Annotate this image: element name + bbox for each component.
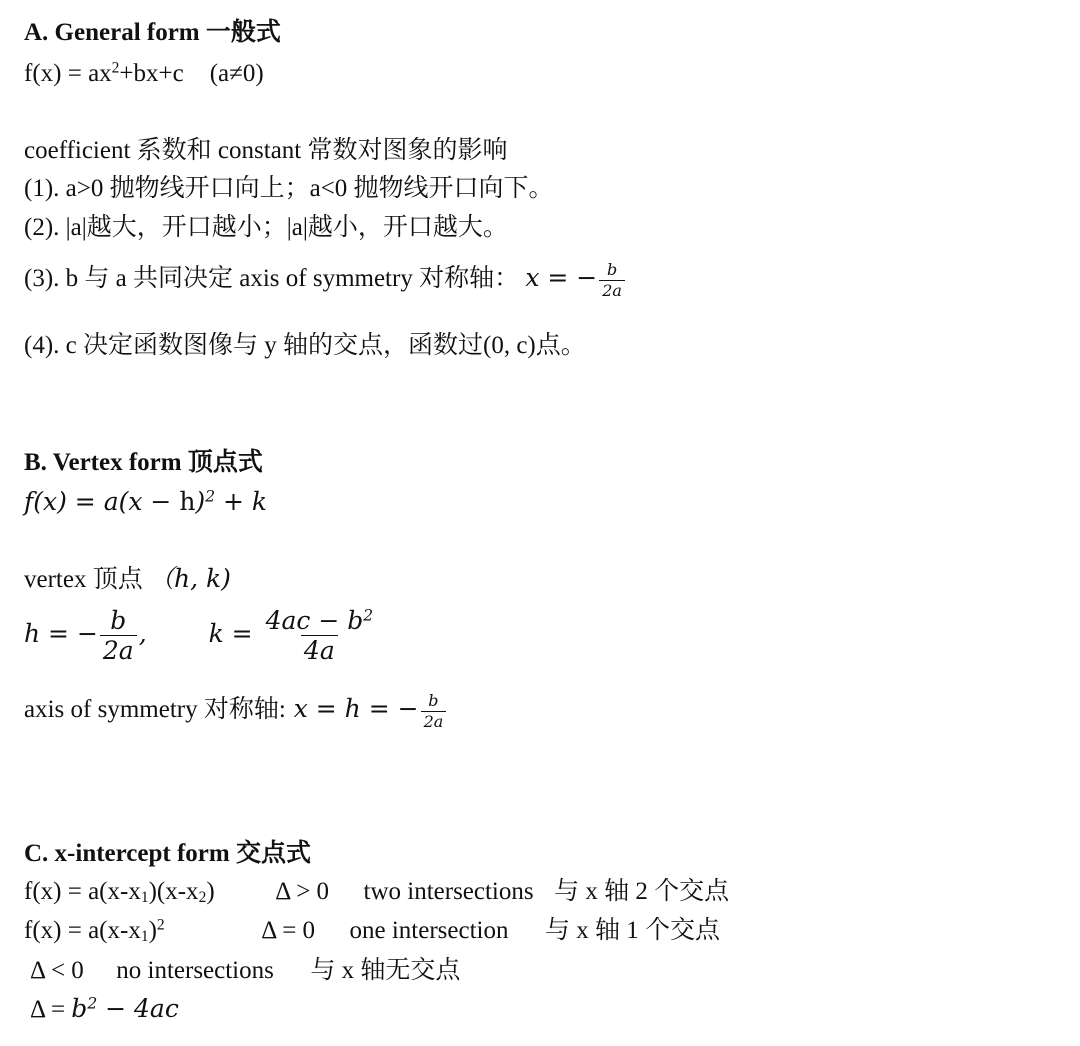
formula-pre: f(x) = a(x-x: [24, 917, 141, 944]
h-lhs: h = −: [24, 619, 98, 648]
formula-h: h: [179, 487, 195, 516]
axis-of-symmetry-line: axis of symmetry 对称轴: x = h = −b2a: [24, 693, 448, 730]
formula-lhs: f(x) = ax: [24, 60, 112, 87]
vertex-label: vertex 顶点: [24, 566, 143, 593]
discriminant-exp: 2: [87, 994, 97, 1012]
chinese-1: 与 x 轴 2 个交点: [554, 878, 729, 905]
condition-3: Δ < 0: [30, 958, 110, 983]
h-k-formulas: h = −b2a, k = 4ac − b24a: [24, 608, 378, 663]
formula-post: ): [206, 878, 214, 905]
section-a-heading: A. General form 一般式: [24, 20, 281, 45]
english-3: no intersections: [116, 957, 274, 984]
k-numerator: 4ac − b2: [263, 608, 377, 635]
discriminant-rhs: b2 − 4ac: [71, 994, 179, 1023]
formula-condition: (a≠0): [210, 60, 264, 87]
intercept-row-2: f(x) = a(x-x1)2 Δ = 0 one intersection 与…: [24, 918, 720, 943]
list-item-2: (2). |a|越大，开口越小；|a|越小，开口越大。: [24, 215, 508, 240]
formula-part-3: + k: [215, 487, 267, 516]
discriminant-b: b: [71, 994, 87, 1023]
h-fraction: b2a: [100, 608, 137, 663]
axis-numerator: b: [425, 693, 441, 711]
formula-rhs: +bx+c: [119, 60, 183, 87]
axis-math: x = −: [525, 263, 597, 292]
list-item-4: (4). c 决定函数图像与 y 轴的交点，函数过(0, c)点。: [24, 333, 586, 358]
general-form-formula: f(x) = ax2+bx+c(a≠0): [24, 61, 264, 86]
list-item-1: (1). a>0 抛物线开口向上；a<0 抛物线开口向下。: [24, 176, 554, 201]
discriminant-formula: Δ = b2 − 4ac: [30, 996, 179, 1022]
axis-math: x = h = −: [286, 694, 419, 723]
subscript-1: 1: [141, 928, 149, 945]
coefficient-intro: coefficient 系数和 constant 常数对图象的影响: [24, 138, 508, 163]
english-2: one intersection: [350, 917, 509, 944]
axis-fraction: b2a: [421, 693, 447, 730]
k-lhs: k =: [209, 619, 261, 648]
h-comma: ,: [139, 619, 147, 648]
english-1: two intersections: [364, 878, 534, 905]
intercept-formula-1: f(x) = a(x-x1)(x-x2): [24, 879, 269, 904]
k-numerator-text: 4ac − b: [266, 606, 364, 635]
h-numerator: b: [107, 608, 129, 635]
vertex-line: vertex 顶点 （h, k): [24, 566, 231, 592]
vertex-form-formula: f(x) = a(x − h)2 + k: [24, 489, 267, 514]
axis-denominator: 2a: [421, 711, 447, 730]
k-fraction: 4ac − b24a: [263, 608, 377, 663]
formula-pre: f(x) = a(x-x: [24, 878, 141, 905]
vertex-value: （h, k): [149, 564, 231, 593]
intercept-row-1: f(x) = a(x-x1)(x-x2) Δ > 0 two intersect…: [24, 879, 729, 904]
formula-mid: )(x-x: [149, 878, 199, 905]
formula-part-2: ): [195, 487, 205, 516]
list-item-3: (3). b 与 a 共同决定 axis of symmetry 对称轴： x …: [24, 262, 627, 299]
fraction-denominator: 2a: [599, 280, 625, 299]
discriminant-lhs: Δ =: [30, 996, 71, 1023]
fraction-numerator: b: [604, 262, 620, 280]
formula-exponent: 2: [205, 487, 215, 505]
h-denominator: 2a: [100, 635, 137, 663]
k-denominator: 4a: [301, 635, 338, 663]
exponent: 2: [157, 916, 165, 933]
chinese-3: 与 x 轴无交点: [310, 957, 460, 984]
discriminant-rest: − 4ac: [97, 994, 179, 1023]
formula-post: ): [149, 917, 157, 944]
formula-part-1: f(x) = a(x −: [24, 487, 179, 516]
intercept-formula-2: f(x) = a(x-x1)2: [24, 918, 255, 943]
subscript-1: 1: [141, 889, 149, 906]
list-item-3-text: (3). b 与 a 共同决定 axis of symmetry 对称轴：: [24, 265, 519, 292]
k-numerator-exp: 2: [363, 606, 373, 624]
section-c-heading: C. x-intercept form 交点式: [24, 841, 311, 866]
section-b-heading: B. Vertex form 顶点式: [24, 450, 263, 475]
condition-1: Δ > 0: [275, 879, 357, 904]
fraction-b-over-2a: b2a: [599, 262, 625, 299]
chinese-2: 与 x 轴 1 个交点: [545, 917, 720, 944]
intercept-row-3: Δ < 0 no intersections 与 x 轴无交点: [30, 958, 460, 983]
axis-label: axis of symmetry 对称轴:: [24, 696, 286, 723]
condition-2: Δ = 0: [261, 918, 343, 943]
